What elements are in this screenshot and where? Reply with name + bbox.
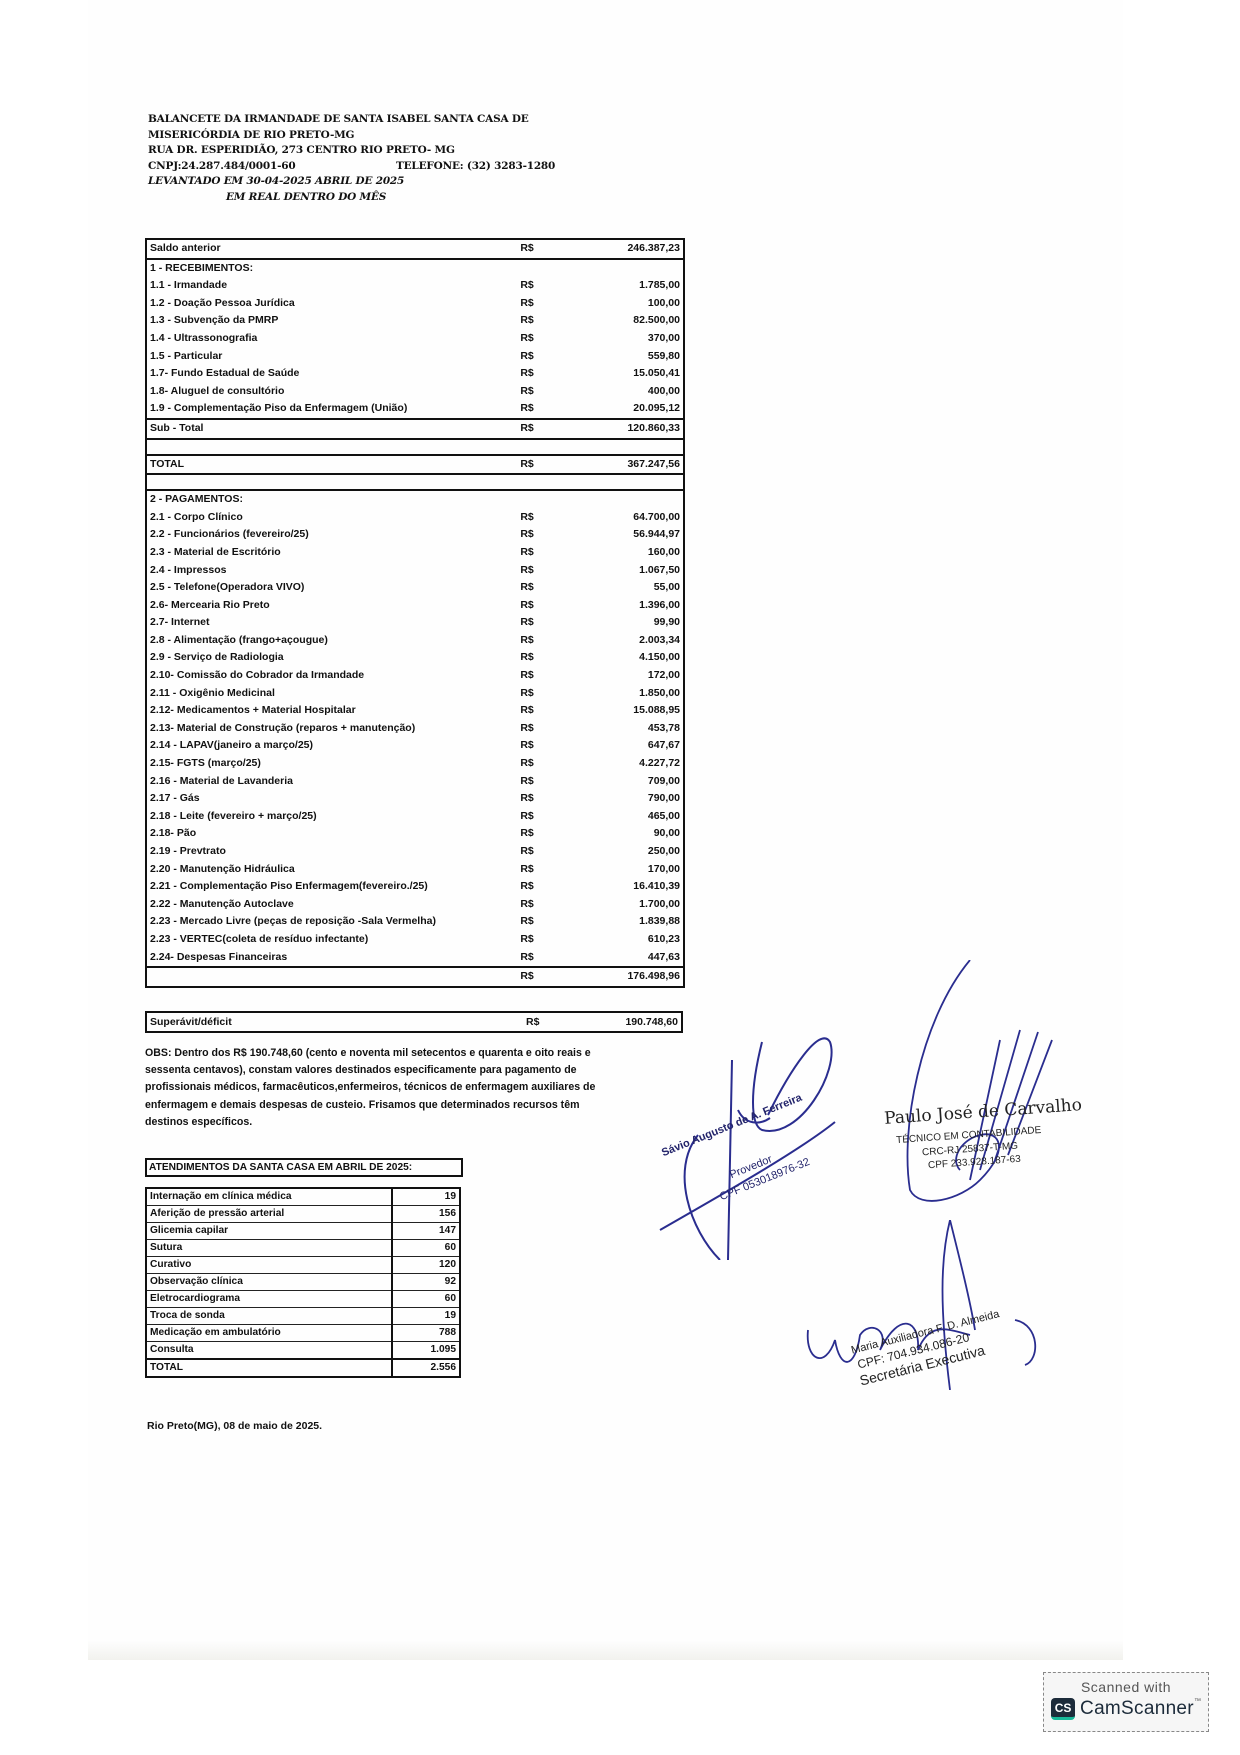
row-value: 709,00 — [562, 773, 684, 791]
attendance-value: 147 — [392, 1223, 460, 1240]
attendance-value: 92 — [392, 1274, 460, 1291]
row-value: 447,63 — [562, 949, 684, 968]
attendance-row: Eletrocardiograma60 — [146, 1291, 460, 1308]
row-currency: R$ — [517, 825, 561, 843]
payments-title-row: 2 - PAGAMENTOS: — [146, 490, 684, 509]
row-label — [146, 967, 517, 987]
row-label: 1.5 - Particular — [146, 348, 517, 366]
payment-row: 2.17 - GásR$790,00 — [146, 790, 684, 808]
row-currency — [517, 439, 561, 455]
attendance-value: 60 — [392, 1291, 460, 1308]
row-currency: R$ — [517, 419, 561, 439]
attendance-label: Curativo — [146, 1257, 392, 1274]
row-currency: R$ — [517, 383, 561, 401]
header-address: RUA DR. ESPERIDIÃO, 273 CENTRO RIO PRETO… — [148, 143, 608, 159]
row-label: Saldo anterior — [146, 239, 517, 259]
row-value: 4.227,72 — [562, 755, 684, 773]
row-value: 610,23 — [562, 931, 684, 949]
payment-row: 2.4 - ImpressosR$1.067,50 — [146, 562, 684, 580]
row-currency: R$ — [517, 790, 561, 808]
attendance-label: Observação clínica — [146, 1274, 392, 1291]
row-currency: R$ — [517, 755, 561, 773]
row-currency: R$ — [517, 632, 561, 650]
badge-trademark: ™ — [1194, 1698, 1201, 1705]
row-currency: R$ — [517, 544, 561, 562]
row-value: 647,67 — [562, 737, 684, 755]
row-value: 790,00 — [562, 790, 684, 808]
payment-row: 2.16 - Material de LavanderiaR$709,00 — [146, 773, 684, 791]
row-value: 465,00 — [562, 808, 684, 826]
row-currency: R$ — [517, 365, 561, 383]
attendance-label: Sutura — [146, 1240, 392, 1257]
payment-row: 2.19 - PrevtratoR$250,00 — [146, 843, 684, 861]
surplus-row: Superávit/déficit R$ 190.748,60 — [145, 1011, 683, 1033]
row-currency: R$ — [517, 913, 561, 931]
row-value: 1.839,88 — [562, 913, 684, 931]
balance-table: Saldo anteriorR$246.387,231 - RECEBIMENT… — [145, 238, 685, 988]
row-value: 170,00 — [562, 861, 684, 879]
payment-row: 2.9 - Serviço de RadiologiaR$4.150,00 — [146, 649, 684, 667]
signature-contador: Paulo José de Carvalho TÉCNICO EM CONTAB… — [880, 960, 1110, 1220]
attendance-label: Eletrocardiograma — [146, 1291, 392, 1308]
row-currency: R$ — [517, 702, 561, 720]
row-value: 120.860,33 — [562, 419, 684, 439]
payment-row: 2.8 - Alimentação (frango+açougue)R$2.00… — [146, 632, 684, 650]
receipt-row: 1.3 - Subvenção da PMRPR$82.500,00 — [146, 312, 684, 330]
row-value: 1.785,00 — [562, 277, 684, 295]
subtotal-row: Sub - TotalR$120.860,33 — [146, 419, 684, 439]
header-period: LEVANTADO EM 30-04-2025 ABRIL DE 2025 — [148, 174, 608, 190]
row-value: 64.700,00 — [562, 509, 684, 527]
attendance-row: Internação em clínica médica19 — [146, 1188, 460, 1206]
payment-row: 2.10- Comissão do Cobrador da IrmandadeR… — [146, 667, 684, 685]
row-currency: R$ — [517, 685, 561, 703]
row-value — [562, 490, 684, 509]
row-currency: R$ — [517, 348, 561, 366]
row-value: 1.067,50 — [562, 562, 684, 580]
row-label: 2.19 - Prevtrato — [146, 843, 517, 861]
row-currency — [517, 259, 561, 278]
row-currency — [517, 490, 561, 509]
attendance-row: TOTAL2.556 — [146, 1359, 460, 1377]
attendance-value: 788 — [392, 1325, 460, 1342]
attendance-value: 120 — [392, 1257, 460, 1274]
row-currency: R$ — [517, 562, 561, 580]
row-value: 246.387,23 — [562, 239, 684, 259]
header-title-line2: MISERICÓRDIA DE RIO PRETO-MG — [148, 128, 608, 144]
row-label: 2.17 - Gás — [146, 790, 517, 808]
row-value: 55,00 — [562, 579, 684, 597]
row-currency: R$ — [517, 773, 561, 791]
row-label: 2.3 - Material de Escritório — [146, 544, 517, 562]
row-label: 2.24- Despesas Financeiras — [146, 949, 517, 968]
row-label: 2.4 - Impressos — [146, 562, 517, 580]
row-currency: R$ — [517, 737, 561, 755]
header-phone: TELEFONE: (32) 3283-1280 — [396, 159, 555, 175]
row-label: 2.21 - Complementação Piso Enfermagem(fe… — [146, 878, 517, 896]
attendance-value: 60 — [392, 1240, 460, 1257]
total-row: TOTALR$367.247,56 — [146, 455, 684, 475]
attendance-row: Glicemia capilar147 — [146, 1223, 460, 1240]
payment-row: 2.15- FGTS (março/25)R$4.227,72 — [146, 755, 684, 773]
attendance-row: Troca de sonda19 — [146, 1308, 460, 1325]
surplus-label: Superávit/déficit — [147, 1013, 520, 1031]
spacer-row — [146, 439, 684, 455]
row-currency: R$ — [517, 579, 561, 597]
row-label: 2.20 - Manutenção Hidráulica — [146, 861, 517, 879]
row-currency: R$ — [517, 509, 561, 527]
row-value: 400,00 — [562, 383, 684, 401]
row-label: 2.11 - Oxigênio Medicinal — [146, 685, 517, 703]
row-value: 1.700,00 — [562, 896, 684, 914]
row-currency: R$ — [517, 295, 561, 313]
row-label: 2.16 - Material de Lavanderia — [146, 773, 517, 791]
row-currency: R$ — [517, 330, 561, 348]
payment-row: 2.23 - Mercado Livre (peças de reposição… — [146, 913, 684, 931]
row-label: 2 - PAGAMENTOS: — [146, 490, 517, 509]
payment-row: 2.12- Medicamentos + Material Hospitalar… — [146, 702, 684, 720]
row-value: 176.498,96 — [562, 967, 684, 987]
row-currency: R$ — [517, 239, 561, 259]
attendance-label: TOTAL — [146, 1359, 392, 1377]
payment-row: 2.21 - Complementação Piso Enfermagem(fe… — [146, 878, 684, 896]
observation-note: OBS: Dentro dos R$ 190.748,60 (cento e n… — [145, 1045, 625, 1131]
row-value: 15.050,41 — [562, 365, 684, 383]
receipt-row: 1.7- Fundo Estadual de SaúdeR$15.050,41 — [146, 365, 684, 383]
row-value: 20.095,12 — [562, 400, 684, 419]
row-label: Sub - Total — [146, 419, 517, 439]
camscanner-logo-icon: CS — [1051, 1698, 1075, 1720]
payments-total-row: R$176.498,96 — [146, 967, 684, 987]
row-currency: R$ — [517, 667, 561, 685]
city-date: Rio Preto(MG), 08 de maio de 2025. — [147, 1420, 322, 1432]
row-label: 1.7- Fundo Estadual de Saúde — [146, 365, 517, 383]
payment-row: 2.6- Mercearia Rio PretoR$1.396,00 — [146, 597, 684, 615]
row-label: 1.9 - Complementação Piso da Enfermagem … — [146, 400, 517, 419]
row-value — [562, 439, 684, 455]
row-label: 2.23 - Mercado Livre (peças de reposição… — [146, 913, 517, 931]
attendance-value: 2.556 — [392, 1359, 460, 1377]
row-currency — [517, 474, 561, 490]
header-title-line1: BALANCETE DA IRMANDADE DE SANTA ISABEL S… — [148, 112, 608, 128]
payment-row: 2.3 - Material de EscritórioR$160,00 — [146, 544, 684, 562]
attendance-title: ATENDIMENTOS DA SANTA CASA EM ABRIL DE 2… — [145, 1158, 463, 1177]
payment-row: 2.7- InternetR$99,90 — [146, 614, 684, 632]
row-value: 15.088,95 — [562, 702, 684, 720]
receipt-row: 1.2 - Doação Pessoa JurídicaR$100,00 — [146, 295, 684, 313]
row-value: 559,80 — [562, 348, 684, 366]
payment-row: 2.23 - VERTEC(coleta de resíduo infectan… — [146, 931, 684, 949]
row-value: 367.247,56 — [562, 455, 684, 475]
payment-row: 2.18- PãoR$90,00 — [146, 825, 684, 843]
row-currency: R$ — [517, 843, 561, 861]
row-value: 4.150,00 — [562, 649, 684, 667]
row-label: 2.8 - Alimentação (frango+açougue) — [146, 632, 517, 650]
camscanner-badge: Scanned with CS CamScanner ™ — [1043, 1672, 1209, 1732]
row-value: 82.500,00 — [562, 312, 684, 330]
row-label: 2.15- FGTS (março/25) — [146, 755, 517, 773]
receipt-row: 1.4 - UltrassonografiaR$370,00 — [146, 330, 684, 348]
row-value: 99,90 — [562, 614, 684, 632]
attendance-value: 1.095 — [392, 1342, 460, 1360]
row-value: 1.396,00 — [562, 597, 684, 615]
row-label: 2.6- Mercearia Rio Preto — [146, 597, 517, 615]
row-currency: R$ — [517, 931, 561, 949]
row-currency: R$ — [517, 720, 561, 738]
attendance-value: 19 — [392, 1308, 460, 1325]
row-value: 160,00 — [562, 544, 684, 562]
row-value: 16.410,39 — [562, 878, 684, 896]
row-value: 370,00 — [562, 330, 684, 348]
row-label: TOTAL — [146, 455, 517, 475]
row-currency: R$ — [517, 896, 561, 914]
row-label: 2.2 - Funcionários (fevereiro/25) — [146, 526, 517, 544]
row-value: 453,78 — [562, 720, 684, 738]
row-value: 1.850,00 — [562, 685, 684, 703]
row-value: 90,00 — [562, 825, 684, 843]
row-currency: R$ — [517, 967, 561, 987]
attendance-label: Aferição de pressão arterial — [146, 1206, 392, 1223]
attendance-row: Aferição de pressão arterial156 — [146, 1206, 460, 1223]
page-shadow — [88, 1640, 1123, 1660]
row-label: 2.9 - Serviço de Radiologia — [146, 649, 517, 667]
receipt-row: 1.1 - IrmandadeR$1.785,00 — [146, 277, 684, 295]
row-currency: R$ — [517, 949, 561, 968]
row-label — [146, 439, 517, 455]
payment-row: 2.2 - Funcionários (fevereiro/25)R$56.94… — [146, 526, 684, 544]
payment-row: 2.13- Material de Construção (reparos + … — [146, 720, 684, 738]
row-value — [562, 474, 684, 490]
row-currency: R$ — [517, 649, 561, 667]
signature-secretaria: Maria Auxiliadora F. D. Almeida CPF: 704… — [800, 1220, 1060, 1390]
attendance-label: Consulta — [146, 1342, 392, 1360]
row-currency: R$ — [517, 455, 561, 475]
attendance-table: Internação em clínica médica19Aferição d… — [145, 1187, 461, 1378]
receipt-row: 1.8- Aluguel de consultórioR$400,00 — [146, 383, 684, 401]
row-value: 2.003,34 — [562, 632, 684, 650]
row-value — [562, 259, 684, 278]
spacer-row — [146, 474, 684, 490]
receipts-title-row: 1 - RECEBIMENTOS: — [146, 259, 684, 278]
attendance-label: Glicemia capilar — [146, 1223, 392, 1240]
previous-balance-row: Saldo anteriorR$246.387,23 — [146, 239, 684, 259]
row-label: 1.1 - Irmandade — [146, 277, 517, 295]
attendance-value: 156 — [392, 1206, 460, 1223]
header-currency-note: EM REAL DENTRO DO MÊS — [148, 190, 608, 206]
attendance-row: Medicação em ambulatório788 — [146, 1325, 460, 1342]
row-currency: R$ — [517, 597, 561, 615]
row-label: 2.5 - Telefone(Operadora VIVO) — [146, 579, 517, 597]
row-value: 56.944,97 — [562, 526, 684, 544]
row-label: 1.2 - Doação Pessoa Jurídica — [146, 295, 517, 313]
row-currency: R$ — [517, 878, 561, 896]
row-label: 1.3 - Subvenção da PMRP — [146, 312, 517, 330]
header-cnpj: CNPJ:24.287.484/0001-60 — [148, 159, 295, 175]
row-label — [146, 474, 517, 490]
row-currency: R$ — [517, 277, 561, 295]
row-label: 2.13- Material de Construção (reparos + … — [146, 720, 517, 738]
row-currency: R$ — [517, 614, 561, 632]
payment-row: 2.24- Despesas FinanceirasR$447,63 — [146, 949, 684, 968]
row-label: 2.23 - VERTEC(coleta de resíduo infectan… — [146, 931, 517, 949]
row-label: 2.18- Pão — [146, 825, 517, 843]
row-label: 2.1 - Corpo Clínico — [146, 509, 517, 527]
row-value: 100,00 — [562, 295, 684, 313]
surplus-currency: R$ — [520, 1013, 566, 1031]
attendance-row: Curativo120 — [146, 1257, 460, 1274]
payment-row: 2.20 - Manutenção HidráulicaR$170,00 — [146, 861, 684, 879]
row-value: 172,00 — [562, 667, 684, 685]
row-currency: R$ — [517, 808, 561, 826]
row-label: 2.14 - LAPAV(janeiro a março/25) — [146, 737, 517, 755]
receipt-row: 1.5 - ParticularR$559,80 — [146, 348, 684, 366]
row-label: 2.10- Comissão do Cobrador da Irmandade — [146, 667, 517, 685]
receipt-row: 1.9 - Complementação Piso da Enfermagem … — [146, 400, 684, 419]
payment-row: 2.22 - Manutenção AutoclaveR$1.700,00 — [146, 896, 684, 914]
row-label: 2.18 - Leite (fevereiro + março/25) — [146, 808, 517, 826]
row-currency: R$ — [517, 526, 561, 544]
payment-row: 2.1 - Corpo ClínicoR$64.700,00 — [146, 509, 684, 527]
payment-row: 2.5 - Telefone(Operadora VIVO)R$55,00 — [146, 579, 684, 597]
attendance-label: Internação em clínica médica — [146, 1188, 392, 1206]
attendance-row: Consulta1.095 — [146, 1342, 460, 1360]
surplus-value: 190.748,60 — [566, 1013, 681, 1031]
row-label: 2.7- Internet — [146, 614, 517, 632]
payment-row: 2.14 - LAPAV(janeiro a março/25)R$647,67 — [146, 737, 684, 755]
row-currency: R$ — [517, 861, 561, 879]
row-currency: R$ — [517, 312, 561, 330]
payment-row: 2.11 - Oxigênio MedicinalR$1.850,00 — [146, 685, 684, 703]
badge-scanned-with: Scanned with — [1044, 1679, 1208, 1695]
row-label: 1 - RECEBIMENTOS: — [146, 259, 517, 278]
badge-brand: CamScanner — [1080, 1698, 1194, 1720]
attendance-value: 19 — [392, 1188, 460, 1206]
row-label: 2.12- Medicamentos + Material Hospitalar — [146, 702, 517, 720]
row-currency: R$ — [517, 400, 561, 419]
row-label: 1.8- Aluguel de consultório — [146, 383, 517, 401]
row-label: 1.4 - Ultrassonografia — [146, 330, 517, 348]
row-value: 250,00 — [562, 843, 684, 861]
attendance-row: Observação clínica92 — [146, 1274, 460, 1291]
attendance-label: Troca de sonda — [146, 1308, 392, 1325]
document-header: BALANCETE DA IRMANDADE DE SANTA ISABEL S… — [148, 112, 608, 205]
attendance-label: Medicação em ambulatório — [146, 1325, 392, 1342]
row-label: 2.22 - Manutenção Autoclave — [146, 896, 517, 914]
attendance-row: Sutura60 — [146, 1240, 460, 1257]
signature-scribble-icon — [880, 960, 1110, 1220]
payment-row: 2.18 - Leite (fevereiro + março/25)R$465… — [146, 808, 684, 826]
